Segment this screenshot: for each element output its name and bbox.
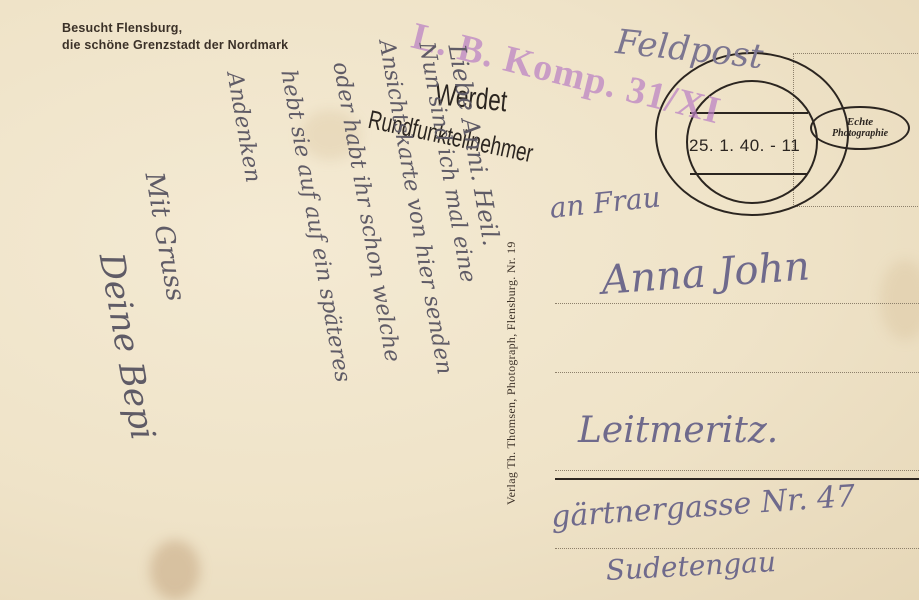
handwritten-region: Sudetengau — [605, 545, 777, 587]
paper-stain — [150, 540, 200, 600]
message-signature: Deine Bepi — [91, 250, 163, 443]
message-line: Mit Gruss — [138, 170, 190, 304]
address-line — [555, 372, 919, 373]
handwritten-salutation: an Frau — [548, 180, 662, 224]
printed-header: Besucht Flensburg, die schöne Grenzstadt… — [62, 20, 288, 54]
header-line-1: Besucht Flensburg, — [62, 20, 288, 37]
handwritten-recipient-name: Anna John — [600, 243, 811, 303]
address-line — [555, 470, 919, 471]
paper-stain — [880, 260, 919, 340]
publisher-imprint: Verlag Th. Thomsen, Photograph, Flensbur… — [504, 241, 519, 505]
postmark-bar — [690, 173, 808, 175]
postmark-date: 25. 1. 40. - 11 — [689, 136, 800, 156]
handwritten-street: gärtnergasse Nr. 47 — [550, 479, 856, 535]
badge-line-1: Echte — [847, 117, 873, 128]
message-line: Andenken — [221, 70, 265, 185]
echte-photographie-badge: Echte Photographie — [810, 106, 910, 150]
address-line-solid — [555, 478, 919, 480]
badge-line-2: Photographie — [832, 128, 888, 139]
postcard-back: Besucht Flensburg, die schöne Grenzstadt… — [0, 0, 919, 600]
handwritten-city: Leitmeritz. — [578, 410, 778, 451]
header-line-2: die schöne Grenzstadt der Nordmark — [62, 37, 288, 54]
